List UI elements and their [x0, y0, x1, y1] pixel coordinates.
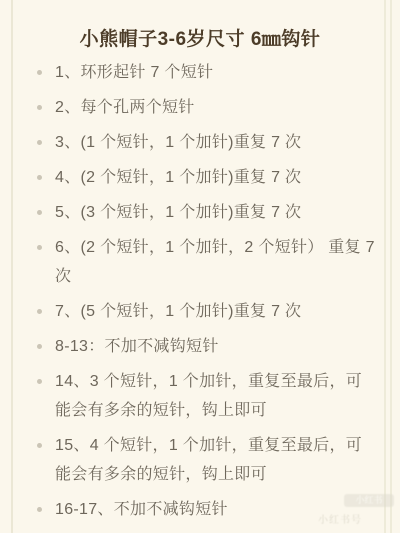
list-item: 6、(2 个短针，1 个加针，2 个短针） 重复 7 次: [37, 233, 378, 291]
bullet-dot-icon: [37, 245, 42, 250]
list-item: 14、3 个短针，1 个加针，重复至最后，可能会有多余的短针，钩上即可: [37, 367, 378, 425]
instruction-text: 2、每个孔两个短针: [55, 99, 195, 116]
instruction-text: 4、(2 个短针，1 个加针)重复 7 次: [55, 169, 301, 186]
bullet-dot-icon: [37, 105, 42, 110]
watermark-username: 小红书号: [318, 511, 362, 526]
bullet-dot-icon: [37, 309, 42, 314]
instruction-text: 14、3 个短针，1 个加针，重复至最后，可能会有多余的短针，钩上即可: [55, 373, 362, 419]
left-border-line: [11, 0, 13, 533]
bullet-dot-icon: [37, 70, 42, 75]
list-item: 3、(1 个短针，1 个加针)重复 7 次: [37, 128, 378, 157]
right-border-line-outer: [390, 0, 392, 533]
instruction-text: 7、(5 个短针，1 个加针)重复 7 次: [55, 303, 301, 320]
bullet-dot-icon: [37, 140, 42, 145]
right-border-line-inner: [384, 0, 386, 533]
instruction-text: 3、(1 个短针，1 个加针)重复 7 次: [55, 134, 301, 151]
list-item: 15、4 个短针，1 个加针，重复至最后，可能会有多余的短针，钩上即可: [37, 431, 378, 489]
bullet-dot-icon: [37, 210, 42, 215]
bullet-dot-icon: [37, 344, 42, 349]
list-item: 1、环形起针 7 个短针: [37, 58, 378, 87]
list-item: 4、(2 个短针，1 个加针)重复 7 次: [37, 163, 378, 192]
list-item: 7、(5 个短针，1 个加针)重复 7 次: [37, 297, 378, 326]
note-page: 小熊帽子3-6岁尺寸 6㎜钩针 1、环形起针 7 个短针 2、每个孔两个短针 3…: [0, 0, 400, 533]
instruction-list: 1、环形起针 7 个短针 2、每个孔两个短针 3、(1 个短针，1 个加针)重复…: [37, 58, 378, 530]
bullet-dot-icon: [37, 175, 42, 180]
list-item: 2、每个孔两个短针: [37, 93, 378, 122]
instruction-text: 8-13：不加不减钩短针: [55, 338, 219, 355]
instruction-text: 6、(2 个短针，1 个加针，2 个短针） 重复 7 次: [55, 239, 375, 285]
watermark-logo-badge: 小红书: [344, 494, 394, 507]
instruction-text: 16-17、不加不减钩短针: [55, 501, 228, 518]
bullet-dot-icon: [37, 379, 42, 384]
list-item: 5、(3 个短针，1 个加针)重复 7 次: [37, 198, 378, 227]
list-item: 8-13：不加不减钩短针: [37, 332, 378, 361]
instruction-text: 15、4 个短针，1 个加针，重复至最后，可能会有多余的短针，钩上即可: [55, 437, 362, 483]
bullet-dot-icon: [37, 443, 42, 448]
bullet-dot-icon: [37, 507, 42, 512]
instruction-text: 5、(3 个短针，1 个加针)重复 7 次: [55, 204, 301, 221]
page-title: 小熊帽子3-6岁尺寸 6㎜钩针: [20, 24, 380, 51]
instruction-text: 1、环形起针 7 个短针: [55, 64, 213, 81]
